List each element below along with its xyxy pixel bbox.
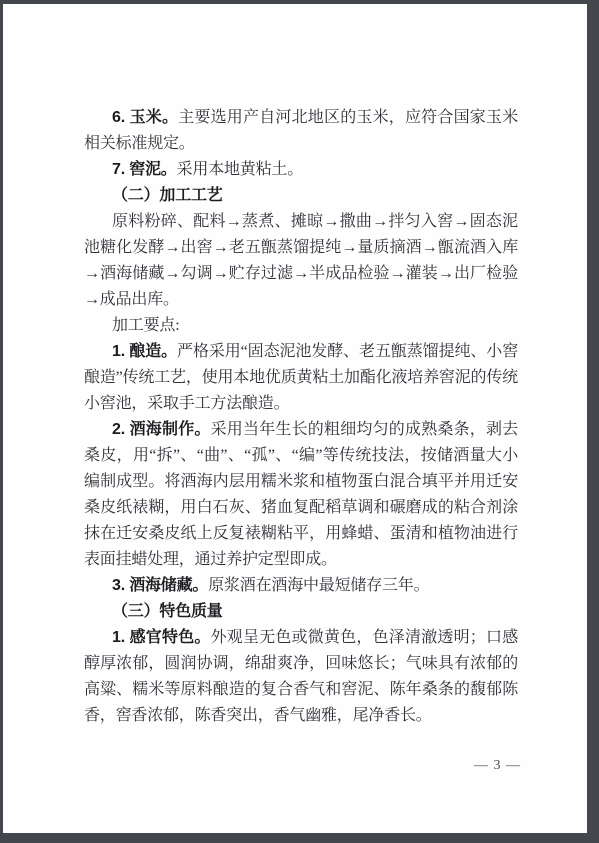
paragraph-lead: 6. 玉米。 <box>112 109 178 126</box>
paragraph-lead: 2. 酒海制作。 <box>112 421 211 438</box>
paragraph: 1. 酿造。严格采用“固态泥池发酵、老五甑蒸馏提纯、小窖酿造”传统工艺，使用本地… <box>84 339 518 417</box>
paragraph: 6. 玉米。主要选用产自河北地区的玉米，应符合国家玉米相关标准规定。 <box>84 105 518 157</box>
paragraph-text: 采用当年生长的粗细均匀的成熟桑条，剥去桑皮，用“拆”、“曲”、“孤”、“编”等传… <box>84 421 518 568</box>
section-heading: （二）加工工艺 <box>84 183 518 209</box>
document-body: 6. 玉米。主要选用产自河北地区的玉米，应符合国家玉米相关标准规定。 7. 窖泥… <box>84 105 518 729</box>
paragraph-lead: 1. 感官特色。 <box>112 629 211 646</box>
paragraph: 7. 窖泥。采用本地黄粘土。 <box>84 157 518 183</box>
paragraph: 3. 酒海储藏。原浆酒在酒海中最短储存三年。 <box>84 573 518 599</box>
paragraph: 加工要点: <box>84 313 518 339</box>
paragraph-lead: 3. 酒海储藏。 <box>112 577 208 594</box>
section-heading: （三）特色质量 <box>84 599 518 625</box>
paragraph-lead: 1. 酿造。 <box>112 343 177 360</box>
page-number: — 3 — <box>474 757 521 775</box>
paragraph-text: 采用本地黄粘土。 <box>177 161 303 178</box>
paragraph: 2. 酒海制作。采用当年生长的粗细均匀的成熟桑条，剥去桑皮，用“拆”、“曲”、“… <box>84 417 518 573</box>
document-page: 6. 玉米。主要选用产自河北地区的玉米，应符合国家玉米相关标准规定。 7. 窖泥… <box>3 4 587 833</box>
paragraph-text: 加工要点: <box>112 317 179 334</box>
paragraph: 1. 感官特色。外观呈无色或微黄色，色泽清澈透明；口感醇厚浓郁，圆润协调，绵甜爽… <box>84 625 518 729</box>
paragraph-text: 原浆酒在酒海中最短储存三年。 <box>208 577 429 594</box>
paragraph-text: 原料粉碎、配料→蒸煮、摊晾→撒曲→拌匀入窖→固态泥池糖化发酵→出窖→老五甑蒸馏提… <box>84 213 518 308</box>
paragraph: 原料粉碎、配料→蒸煮、摊晾→撒曲→拌匀入窖→固态泥池糖化发酵→出窖→老五甑蒸馏提… <box>84 209 518 313</box>
paragraph-lead: 7. 窖泥。 <box>112 161 177 178</box>
